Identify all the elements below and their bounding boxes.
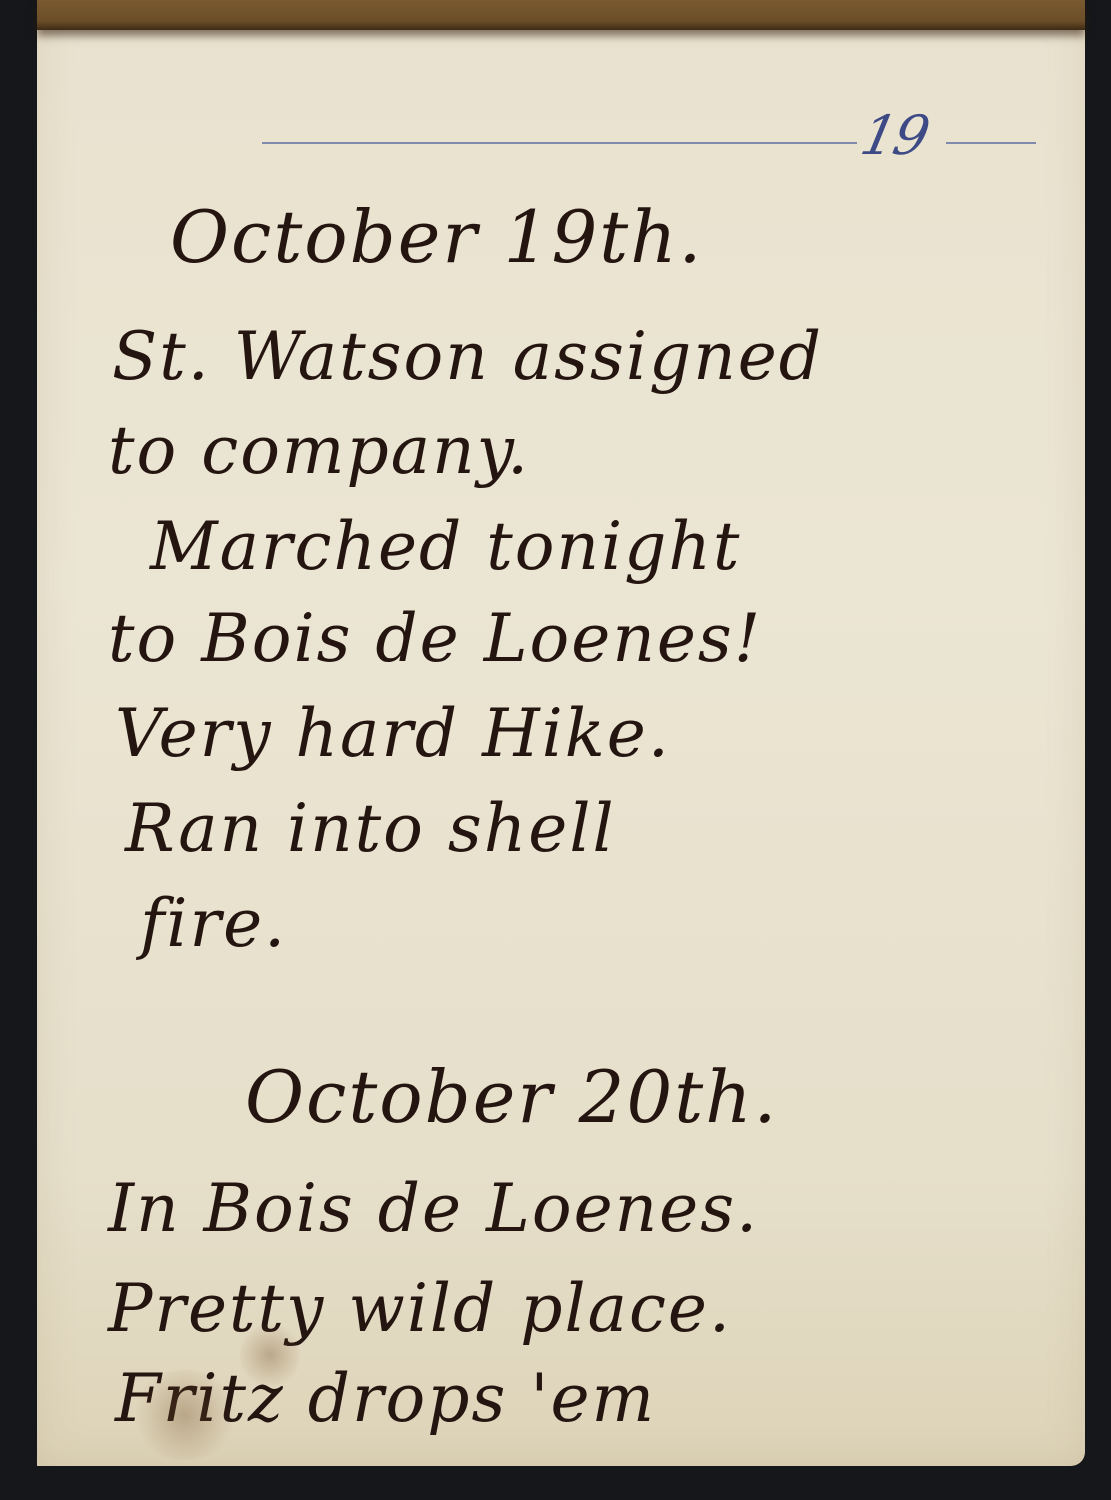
entry-line: to Bois de Loenes!: [108, 600, 762, 677]
entry-line: Very hard Hike.: [115, 695, 671, 772]
entry-line: fire.: [140, 885, 287, 962]
entry-line: St. Watson assigned: [112, 318, 823, 395]
entry-line: Ran into shell: [125, 790, 616, 867]
ink-stain: [130, 1370, 240, 1460]
entry-line: Marched tonight: [150, 508, 741, 585]
entry-line: Pretty wild place.: [108, 1270, 732, 1347]
entry-date: October 19th.: [170, 195, 703, 279]
header-rule-left: [262, 142, 857, 144]
page-number: 19: [855, 104, 933, 167]
entry-line: In Bois de Loenes.: [108, 1170, 759, 1247]
ink-stain: [240, 1320, 300, 1390]
notepad-binding: [37, 0, 1085, 30]
entry-date: October 20th.: [245, 1055, 778, 1139]
entry-line: to company.: [108, 412, 530, 489]
header-rule-right: [946, 142, 1036, 144]
